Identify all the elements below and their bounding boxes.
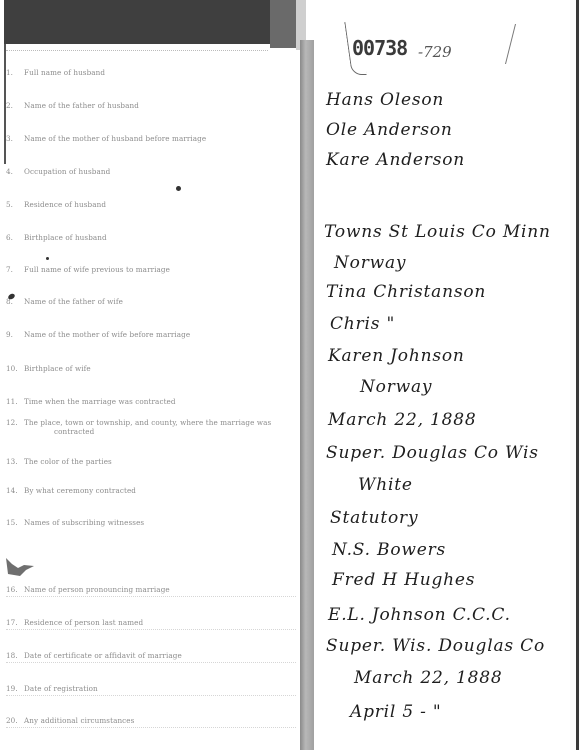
field-label-16: 16.Name of person pronouncing marriage bbox=[6, 585, 170, 594]
page-fold bbox=[300, 40, 314, 750]
field-label-4: 4.Occupation of husband bbox=[6, 167, 110, 176]
entry-certificate-date: Super. Wis. Douglas Co bbox=[326, 636, 545, 656]
printed-form-page: 1.Full name of husband 2.Name of the fat… bbox=[0, 0, 302, 750]
entry-wife-father: Tina Christanson bbox=[326, 282, 486, 302]
dotted-line bbox=[6, 695, 296, 697]
field-label-11: 11.Time when the marriage was contracted bbox=[6, 397, 176, 406]
certificate-suffix: -729 bbox=[418, 43, 452, 61]
pointing-hand-icon bbox=[4, 556, 34, 578]
field-label-5: 5.Residence of husband bbox=[6, 200, 106, 209]
entry-marriage-time: March 22, 1888 bbox=[328, 410, 476, 430]
field-label-14: 14.By what ceremony contracted bbox=[6, 486, 136, 495]
dotted-line bbox=[6, 596, 296, 598]
field-label-19: 19.Date of registration bbox=[6, 684, 98, 693]
field-label-9: 9.Name of the mother of wife before marr… bbox=[6, 330, 190, 339]
entry-husband-birthplace: Towns St Louis Co Minn bbox=[324, 222, 551, 242]
field-label-2: 2.Name of the father of husband bbox=[6, 101, 139, 110]
entry-color: White bbox=[358, 475, 413, 495]
entry-officiant: Fred H Hughes bbox=[332, 570, 475, 590]
entry-wife-birthplace: Karen Johnson bbox=[328, 346, 465, 366]
ink-blot bbox=[176, 186, 181, 191]
entry-husband-father: Ole Anderson bbox=[326, 120, 453, 140]
entry-wife-mother: Chris " bbox=[330, 314, 395, 334]
field-label-7: 7.Full name of wife previous to marriage bbox=[6, 265, 170, 274]
ink-blot bbox=[46, 257, 49, 260]
certificate-number: 00738 bbox=[352, 36, 407, 60]
dotted-line bbox=[6, 662, 296, 664]
field-label-10: 10.Birthplace of wife bbox=[6, 364, 91, 373]
field-label-20: 20.Any additional circumstances bbox=[6, 716, 134, 725]
entry-registration-date: March 22, 1888 bbox=[354, 668, 502, 688]
entry-wife-birthplace-2: Norway bbox=[360, 377, 432, 397]
divider bbox=[6, 50, 268, 52]
scan-shadow-header bbox=[4, 0, 272, 44]
field-label-3: 3.Name of the mother of husband before m… bbox=[6, 134, 206, 143]
page-right-edge bbox=[576, 0, 579, 750]
field-label-6: 6.Birthplace of husband bbox=[6, 233, 107, 242]
entry-additional: April 5 - " bbox=[350, 702, 442, 722]
field-label-12: 12.The place, town or township, and coun… bbox=[6, 418, 271, 436]
field-label-18: 18.Date of certificate or affidavit of m… bbox=[6, 651, 182, 660]
entry-husband-name: Hans Oleson bbox=[326, 90, 444, 110]
entry-husband-mother: Kare Anderson bbox=[326, 150, 465, 170]
field-label-15: 15.Names of subscribing witnesses bbox=[6, 518, 144, 527]
entry-ceremony: Statutory bbox=[330, 508, 418, 528]
entry-marriage-place: Super. Douglas Co Wis bbox=[326, 443, 539, 463]
field-label-13: 13.The color of the parties bbox=[6, 457, 112, 466]
dotted-line bbox=[6, 727, 296, 729]
field-label-8: 8.Name of the father of wife bbox=[6, 297, 123, 306]
entry-officiant-residence: E.L. Johnson C.C.C. bbox=[328, 605, 511, 625]
entry-wife-name: Norway bbox=[334, 253, 406, 273]
dotted-line bbox=[6, 629, 296, 631]
field-label-1: 1.Full name of husband bbox=[6, 68, 105, 77]
entry-witnesses: N.S. Bowers bbox=[332, 540, 446, 560]
field-label-17: 17.Residence of person last named bbox=[6, 618, 143, 627]
check-mark-right bbox=[495, 24, 516, 64]
